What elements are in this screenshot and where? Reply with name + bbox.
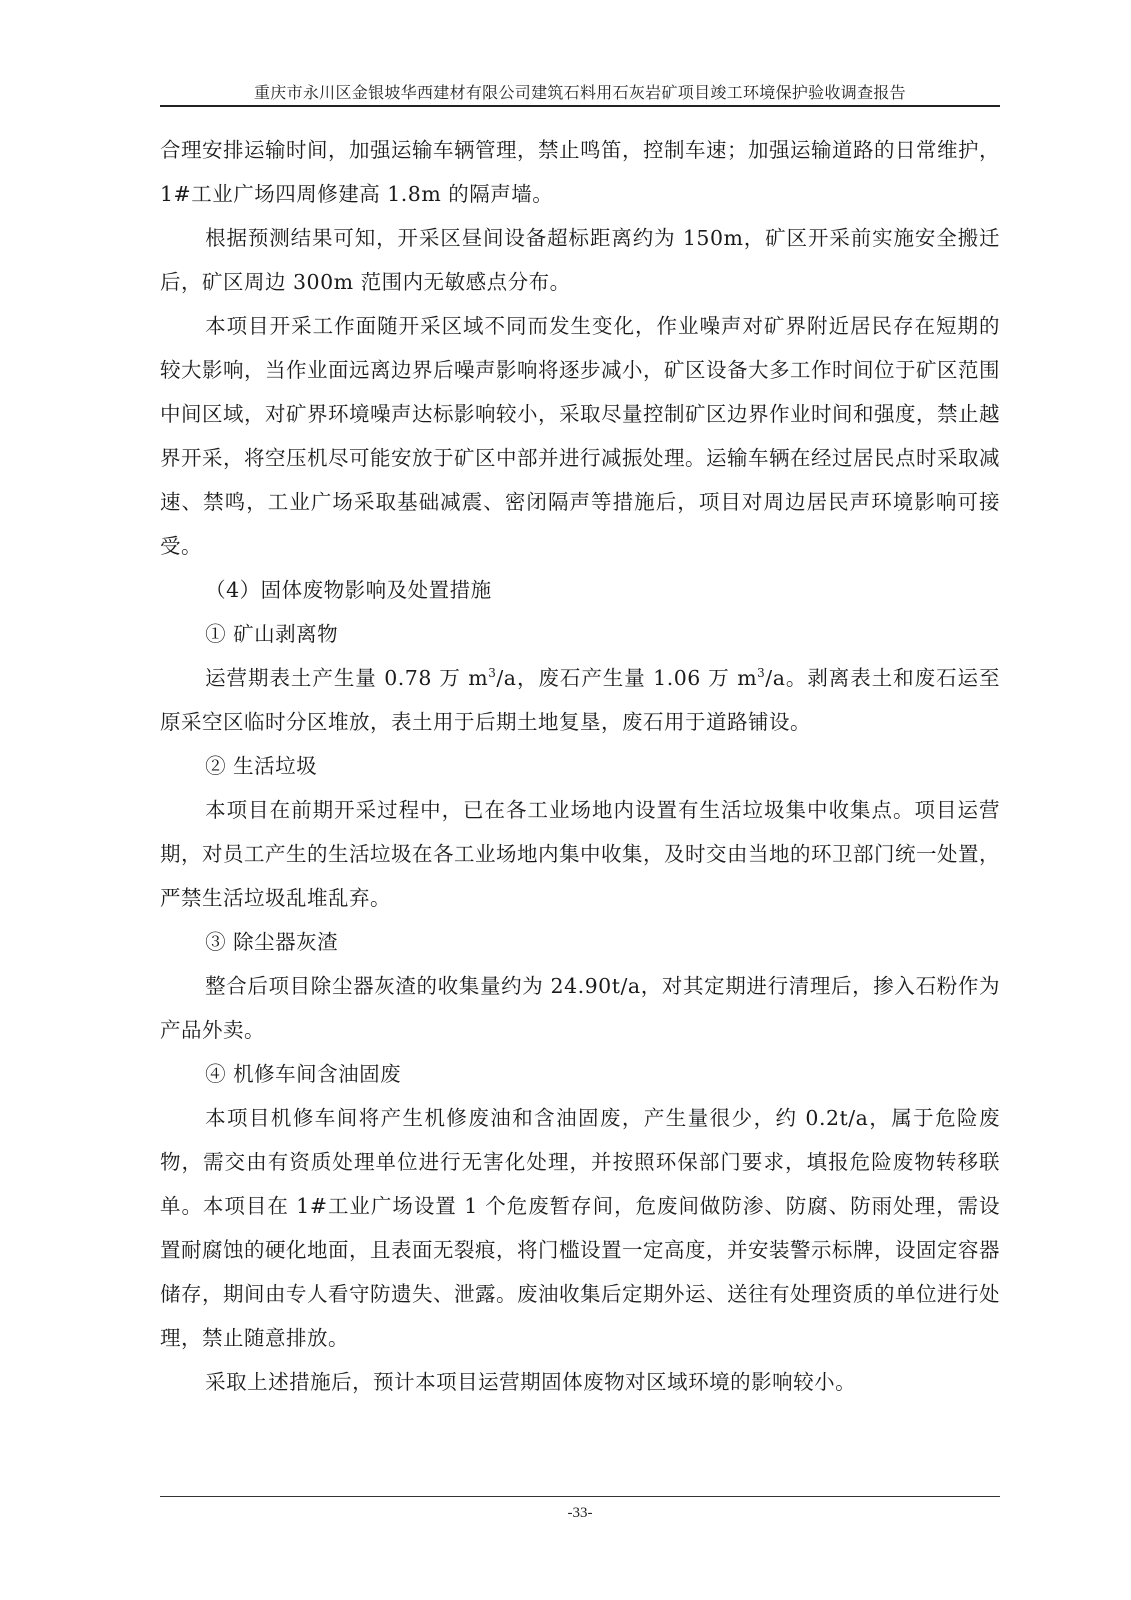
page-number: -33- bbox=[160, 1505, 1000, 1522]
running-header-title: 重庆市永川区金银坡华西建材有限公司建筑石料用石灰岩矿项目竣工环境保护验收调查报告 bbox=[160, 80, 1000, 103]
section-heading-solid-waste: （4）固体废物影响及处置措施 bbox=[160, 568, 1000, 612]
paragraph-conclusion: 采取上述措施后，预计本项目运营期固体废物对区域环境的影响较小。 bbox=[160, 1360, 1000, 1404]
subheading-oily-waste: ④ 机修车间含油固废 bbox=[160, 1052, 1000, 1096]
header-divider bbox=[160, 105, 1000, 107]
subheading-stripping: ① 矿山剥离物 bbox=[160, 612, 1000, 656]
document-body: 合理安排运输时间，加强运输车辆管理，禁止鸣笛，控制车速；加强运输道路的日常维护，… bbox=[160, 128, 1000, 1404]
paragraph-noise-measures-cont: 合理安排运输时间，加强运输车辆管理，禁止鸣笛，控制车速；加强运输道路的日常维护，… bbox=[160, 128, 1000, 216]
subheading-domestic-waste: ② 生活垃圾 bbox=[160, 744, 1000, 788]
paragraph-oily-waste: 本项目机修车间将产生机修废油和含油固废，产生量很少，约 0.2t/a，属于危险废… bbox=[160, 1096, 1000, 1360]
paragraph-noise-impact: 本项目开采工作面随开采区域不同而发生变化，作业噪声对矿界附近居民存在短期的较大影… bbox=[160, 304, 1000, 568]
paragraph-noise-prediction: 根据预测结果可知，开采区昼间设备超标距离约为 150m，矿区开采前实施安全搬迁后… bbox=[160, 216, 1000, 304]
footer-divider bbox=[160, 1496, 1000, 1497]
paragraph-domestic-waste: 本项目在前期开采过程中，已在各工业场地内设置有生活垃圾集中收集点。项目运营期，对… bbox=[160, 788, 1000, 920]
paragraph-stripping: 运营期表土产生量 0.78 万 m3/a，废石产生量 1.06 万 m3/a。剥… bbox=[160, 656, 1000, 744]
document-page: 重庆市永川区金银坡华西建材有限公司建筑石料用石灰岩矿项目竣工环境保护验收调查报告… bbox=[0, 0, 1131, 1600]
subheading-dust-residue: ③ 除尘器灰渣 bbox=[160, 920, 1000, 964]
paragraph-dust-residue: 整合后项目除尘器灰渣的收集量约为 24.90t/a，对其定期进行清理后，掺入石粉… bbox=[160, 964, 1000, 1052]
